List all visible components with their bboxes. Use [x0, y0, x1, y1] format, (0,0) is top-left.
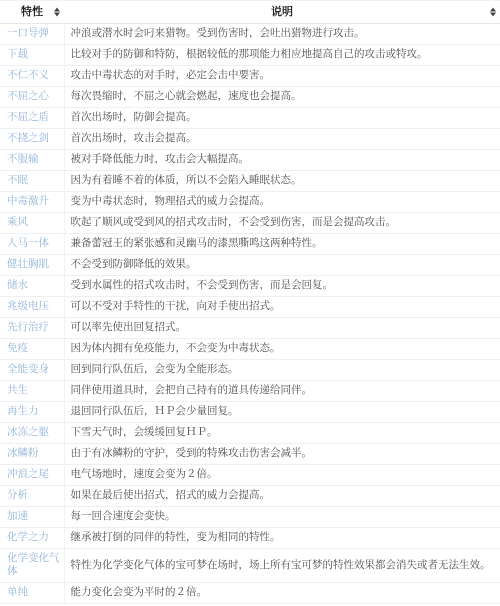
- ability-link[interactable]: 冰冻之躯: [7, 426, 49, 438]
- ability-name-cell: 储水: [0, 276, 64, 297]
- ability-name-cell: 化学变化气体: [0, 549, 64, 583]
- ability-name-cell: 不屈之心: [0, 87, 64, 108]
- sort-asc-icon: [490, 8, 496, 12]
- ability-description: 不会受到防御降低的效果。: [64, 255, 500, 276]
- ability-link[interactable]: 下载: [7, 48, 28, 60]
- ability-link[interactable]: 单纯: [7, 586, 28, 598]
- ability-name-cell: 一口导弹: [0, 24, 64, 45]
- ability-description: 吹起了顺风或受到风的招式攻击时，不会受到伤害，而是会提高攻击。: [64, 213, 500, 234]
- ability-description: 受到水属性的招式攻击时，不会受到伤害，而是会回复。: [64, 276, 500, 297]
- column-header-description[interactable]: 说明: [64, 1, 500, 24]
- ability-description: 同伴使用道具时，会把自己持有的道具传递给同伴。: [64, 381, 500, 402]
- table-row: 先行治疗可以率先使出回复招式。: [0, 318, 500, 339]
- column-header-ability-label: 特性: [21, 5, 43, 18]
- column-header-description-label: 说明: [271, 5, 293, 18]
- table-body: 一口导弹冲浪或潜水时会叼来猎物。受到伤害时，会吐出猎物进行攻击。下载比较对手的防…: [0, 24, 500, 604]
- ability-description: 每一回合速度会变快。: [64, 507, 500, 528]
- ability-description: 比较对手的防御和特防，根据较低的那项能力相应地提高自己的攻击或特攻。: [64, 45, 500, 66]
- table-row: 冰冻之躯下雪天气时，会缓缓回复ＨＰ。: [0, 423, 500, 444]
- table-row: 化学之力继承被打倒的同伴的特性，变为相同的特性。: [0, 528, 500, 549]
- table-row: 分析如果在最后使出招式，招式的威力会提高。: [0, 486, 500, 507]
- table-row: 不眠因为有着睡不着的体质，所以不会陷入睡眠状态。: [0, 171, 500, 192]
- ability-name-cell: 冲浪之尾: [0, 465, 64, 486]
- table-row: 兆级电压可以不受对手特性的干扰，向对手使出招式。: [0, 297, 500, 318]
- ability-link[interactable]: 分析: [7, 489, 28, 501]
- ability-description: 被对手降低能力时，攻击会大幅提高。: [64, 150, 500, 171]
- ability-description: 特性为化学变化气体的宝可梦在场时，场上所有宝可梦的特性效果都会消失或者无法生效。: [64, 549, 500, 583]
- ability-name-cell: 再生力: [0, 402, 64, 423]
- sort-toggle-icon[interactable]: [490, 8, 496, 17]
- ability-link[interactable]: 再生力: [7, 405, 39, 417]
- sort-toggle-icon[interactable]: [54, 8, 60, 17]
- ability-link[interactable]: 免疫: [7, 342, 28, 354]
- ability-description: 兼备蕾冠王的紧张感和灵幽马的漆黑嘶鸣这两种特性。: [64, 234, 500, 255]
- ability-name-cell: 共生: [0, 381, 64, 402]
- ability-link[interactable]: 中毒激升: [7, 195, 49, 207]
- ability-name-cell: 全能变身: [0, 360, 64, 381]
- table-row: 再生力退回同行队伍后，ＨＰ会少量回复。: [0, 402, 500, 423]
- ability-link[interactable]: 一口导弹: [7, 27, 49, 39]
- table-row: 不屈之心每次畏缩时，不屈之心就会燃起，速度也会提高。: [0, 87, 500, 108]
- ability-description: 可以率先使出回复招式。: [64, 318, 500, 339]
- ability-name-cell: 单纯: [0, 583, 64, 604]
- table-row: 不服输被对手降低能力时，攻击会大幅提高。: [0, 150, 500, 171]
- ability-link[interactable]: 先行治疗: [7, 321, 49, 333]
- ability-description: 由于有冰鳞粉的守护，受到的特殊攻击伤害会减半。: [64, 444, 500, 465]
- ability-description: 冲浪或潜水时会叼来猎物。受到伤害时，会吐出猎物进行攻击。: [64, 24, 500, 45]
- ability-description: 因为体内拥有免疫能力，不会变为中毒状态。: [64, 339, 500, 360]
- table-row: 乘风吹起了顺风或受到风的招式攻击时，不会受到伤害，而是会提高攻击。: [0, 213, 500, 234]
- table-row: 化学变化气体特性为化学变化气体的宝可梦在场时，场上所有宝可梦的特性效果都会消失或…: [0, 549, 500, 583]
- table-row: 健壮胸肌不会受到防御降低的效果。: [0, 255, 500, 276]
- ability-name-cell: 下载: [0, 45, 64, 66]
- ability-name-cell: 不挠之剑: [0, 129, 64, 150]
- ability-description: 能力变化会变为平时的２倍。: [64, 583, 500, 604]
- sort-asc-icon: [54, 8, 60, 12]
- ability-description: 电气场地时，速度会变为２倍。: [64, 465, 500, 486]
- table-row: 下载比较对手的防御和特防，根据较低的那项能力相应地提高自己的攻击或特攻。: [0, 45, 500, 66]
- table-row: 加速每一回合速度会变快。: [0, 507, 500, 528]
- ability-link[interactable]: 化学变化气体: [7, 552, 60, 577]
- ability-description: 退回同行队伍后，ＨＰ会少量回复。: [64, 402, 500, 423]
- ability-name-cell: 加速: [0, 507, 64, 528]
- ability-description: 因为有着睡不着的体质，所以不会陷入睡眠状态。: [64, 171, 500, 192]
- ability-link[interactable]: 人马一体: [7, 237, 49, 249]
- ability-description: 可以不受对手特性的干扰，向对手使出招式。: [64, 297, 500, 318]
- ability-name-cell: 冰鳞粉: [0, 444, 64, 465]
- ability-name-cell: 健壮胸肌: [0, 255, 64, 276]
- ability-link[interactable]: 不挠之剑: [7, 132, 49, 144]
- ability-link[interactable]: 共生: [7, 384, 28, 396]
- ability-name-cell: 不屈之盾: [0, 108, 64, 129]
- table-row: 不屈之盾首次出场时，防御会提高。: [0, 108, 500, 129]
- ability-name-cell: 不服输: [0, 150, 64, 171]
- ability-link[interactable]: 冰鳞粉: [7, 447, 39, 459]
- ability-name-cell: 兆级电压: [0, 297, 64, 318]
- ability-description: 首次出场时，攻击会提高。: [64, 129, 500, 150]
- ability-name-cell: 人马一体: [0, 234, 64, 255]
- ability-name-cell: 乘风: [0, 213, 64, 234]
- abilities-table: 特性 说明 一口导弹冲浪或潜水时会叼来猎物。受到伤害时，会吐出猎物进行攻击。下载…: [0, 0, 500, 604]
- ability-name-cell: 免疫: [0, 339, 64, 360]
- column-header-ability[interactable]: 特性: [0, 1, 64, 24]
- table-row: 冲浪之尾电气场地时，速度会变为２倍。: [0, 465, 500, 486]
- sort-desc-icon: [54, 13, 60, 17]
- ability-description: 下雪天气时，会缓缓回复ＨＰ。: [64, 423, 500, 444]
- table-row: 人马一体兼备蕾冠王的紧张感和灵幽马的漆黑嘶鸣这两种特性。: [0, 234, 500, 255]
- table-row: 全能变身回到同行队伍后，会变为全能形态。: [0, 360, 500, 381]
- table-header-row: 特性 说明: [0, 1, 500, 24]
- table-row: 单纯能力变化会变为平时的２倍。: [0, 583, 500, 604]
- ability-link[interactable]: 冲浪之尾: [7, 468, 49, 480]
- ability-description: 如果在最后使出招式，招式的威力会提高。: [64, 486, 500, 507]
- ability-link[interactable]: 加速: [7, 510, 28, 522]
- ability-link[interactable]: 化学之力: [7, 531, 49, 543]
- ability-description: 攻击中毒状态的对手时，必定会击中要害。: [64, 66, 500, 87]
- table-row: 免疫因为体内拥有免疫能力，不会变为中毒状态。: [0, 339, 500, 360]
- ability-link[interactable]: 不仁不义: [7, 69, 49, 81]
- ability-link[interactable]: 乘风: [7, 216, 28, 228]
- ability-name-cell: 分析: [0, 486, 64, 507]
- table-row: 冰鳞粉由于有冰鳞粉的守护，受到的特殊攻击伤害会减半。: [0, 444, 500, 465]
- ability-link[interactable]: 不服输: [7, 153, 39, 165]
- ability-description: 回到同行队伍后，会变为全能形态。: [64, 360, 500, 381]
- ability-link[interactable]: 不屈之心: [7, 90, 49, 102]
- ability-name-cell: 化学之力: [0, 528, 64, 549]
- table-row: 不挠之剑首次出场时，攻击会提高。: [0, 129, 500, 150]
- ability-link[interactable]: 不屈之盾: [7, 111, 49, 123]
- table-row: 储水受到水属性的招式攻击时，不会受到伤害，而是会回复。: [0, 276, 500, 297]
- ability-link[interactable]: 健壮胸肌: [7, 258, 49, 270]
- ability-description: 变为中毒状态时，物理招式的威力会提高。: [64, 192, 500, 213]
- ability-name-cell: 冰冻之躯: [0, 423, 64, 444]
- ability-name-cell: 中毒激升: [0, 192, 64, 213]
- table-row: 不仁不义攻击中毒状态的对手时，必定会击中要害。: [0, 66, 500, 87]
- ability-link[interactable]: 兆级电压: [7, 300, 49, 312]
- ability-description: 首次出场时，防御会提高。: [64, 108, 500, 129]
- ability-link[interactable]: 全能变身: [7, 363, 49, 375]
- table-row: 共生同伴使用道具时，会把自己持有的道具传递给同伴。: [0, 381, 500, 402]
- table-row: 一口导弹冲浪或潜水时会叼来猎物。受到伤害时，会吐出猎物进行攻击。: [0, 24, 500, 45]
- ability-link[interactable]: 储水: [7, 279, 28, 291]
- ability-name-cell: 不眠: [0, 171, 64, 192]
- ability-link[interactable]: 不眠: [7, 174, 28, 186]
- ability-description: 继承被打倒的同伴的特性，变为相同的特性。: [64, 528, 500, 549]
- ability-name-cell: 不仁不义: [0, 66, 64, 87]
- table-row: 中毒激升变为中毒状态时，物理招式的威力会提高。: [0, 192, 500, 213]
- ability-description: 每次畏缩时，不屈之心就会燃起，速度也会提高。: [64, 87, 500, 108]
- ability-name-cell: 先行治疗: [0, 318, 64, 339]
- sort-desc-icon: [490, 13, 496, 17]
